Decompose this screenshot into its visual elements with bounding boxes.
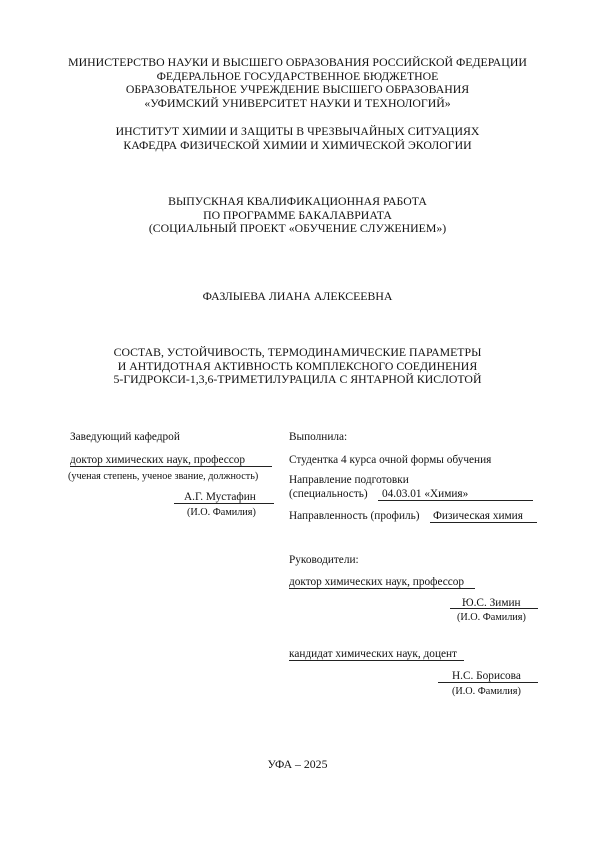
org-line: МИНИСТЕРСТВО НАУКИ И ВЫСШЕГО ОБРАЗОВАНИЯ… xyxy=(0,56,595,70)
organization-header: МИНИСТЕРСТВО НАУКИ И ВЫСШЕГО ОБРАЗОВАНИЯ… xyxy=(0,56,595,110)
org-line: ФЕДЕРАЛЬНОЕ ГОСУДАРСТВЕННОЕ БЮДЖЕТНОЕ xyxy=(0,70,595,84)
supervisor-2-name-underline xyxy=(438,682,538,683)
head-label: Заведующий кафедрой xyxy=(70,431,180,444)
org-line: «УФИМСКИЙ УНИВЕРСИТЕТ НАУКИ И ТЕХНОЛОГИЙ… xyxy=(0,97,595,111)
city-year-text: УФА – 2025 xyxy=(0,758,595,772)
direction-underline xyxy=(378,500,533,501)
department-line: КАФЕДРА ФИЗИЧЕСКОЙ ХИМИИ И ХИМИЧЕСКОЙ ЭК… xyxy=(0,139,595,153)
supervisor-2-degree-underline xyxy=(289,660,464,661)
work-type-line: (СОЦИАЛЬНЫЙ ПРОЕКТ «ОБУЧЕНИЕ СЛУЖЕНИЕМ») xyxy=(0,222,595,236)
head-name-underline xyxy=(174,503,274,504)
org-line: ОБРАЗОВАТЕЛЬНОЕ УЧРЕЖДЕНИЕ ВЫСШЕГО ОБРАЗ… xyxy=(0,83,595,97)
title-line: И АНТИДОТНАЯ АКТИВНОСТЬ КОМПЛЕКСНОГО СОЕ… xyxy=(0,360,595,374)
speciality-label: (специальность) xyxy=(289,488,368,501)
supervisor-1-degree-underline xyxy=(289,588,475,589)
head-name-hint: (И.О. Фамилия) xyxy=(187,507,256,519)
profile-label: Направленность (профиль) xyxy=(289,510,420,523)
supervisor-2-name-hint: (И.О. Фамилия) xyxy=(452,686,521,698)
author-name: ФАЗЛЫЕВА ЛИАНА АЛЕКСЕЕВНА xyxy=(0,290,595,304)
supervisor-1-name-hint: (И.О. Фамилия) xyxy=(457,612,526,624)
performer-label: Выполнила: xyxy=(289,431,347,444)
thesis-title: СОСТАВ, УСТОЙЧИВОСТЬ, ТЕРМОДИНАМИЧЕСКИЕ … xyxy=(0,346,595,387)
supervisors-label: Руководители: xyxy=(289,554,359,567)
direction-label: Направление подготовки xyxy=(289,474,409,487)
supervisor-1-name-underline xyxy=(450,608,538,609)
work-type-line: ВЫПУСКНАЯ КВАЛИФИКАЦИОННАЯ РАБОТА xyxy=(0,195,595,209)
title-line: СОСТАВ, УСТОЙЧИВОСТЬ, ТЕРМОДИНАМИЧЕСКИЕ … xyxy=(0,346,595,360)
author-text: ФАЗЛЫЕВА ЛИАНА АЛЕКСЕЕВНА xyxy=(0,290,595,304)
work-type: ВЫПУСКНАЯ КВАЛИФИКАЦИОННАЯ РАБОТА ПО ПРО… xyxy=(0,195,595,236)
head-degree-hint: (ученая степень, ученое звание, должност… xyxy=(68,471,258,483)
work-type-line: ПО ПРОГРАММЕ БАКАЛАВРИАТА xyxy=(0,209,595,223)
title-line: 5-ГИДРОКСИ-1,3,6-ТРИМЕТИЛУРАЦИЛА С ЯНТАР… xyxy=(0,373,595,387)
department-header: ИНСТИТУТ ХИМИИ И ЗАЩИТЫ В ЧРЕЗВЫЧАЙНЫХ С… xyxy=(0,125,595,152)
student-info: Студентка 4 курса очной формы обучения xyxy=(289,454,491,467)
city-year: УФА – 2025 xyxy=(0,758,595,772)
institute-line: ИНСТИТУТ ХИМИИ И ЗАЩИТЫ В ЧРЕЗВЫЧАЙНЫХ С… xyxy=(0,125,595,139)
profile-underline xyxy=(430,522,537,523)
head-degree-underline xyxy=(70,466,272,467)
